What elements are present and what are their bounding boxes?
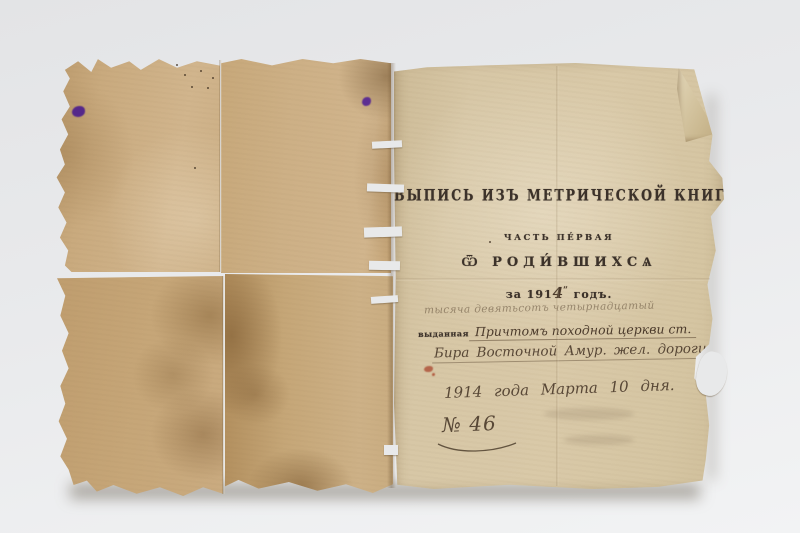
ink-speck xyxy=(212,77,214,79)
paper-grain xyxy=(225,274,393,493)
tear-slit xyxy=(367,183,404,192)
printed-year-prefix: за 191 xyxy=(506,288,553,301)
ink-speck xyxy=(200,70,202,72)
paper-grain xyxy=(57,276,223,496)
printed-part-line: ЧАСТЬ ПЕ́РВАЯ xyxy=(394,233,724,243)
tear-slit xyxy=(369,261,400,271)
fold-crease-left-bottom xyxy=(222,276,225,494)
ink-speck xyxy=(176,64,178,66)
year-line: за 1914ʺ годъ. xyxy=(394,284,724,302)
printed-section-line: Ѿ РОДИ́ВШИХСѦ xyxy=(394,254,724,270)
paper-panel-top-mid xyxy=(221,59,391,273)
ink-speck xyxy=(191,86,193,88)
tear-slit xyxy=(364,226,402,237)
paper-panel-right-page: ВЫПИСЬ ИЗЪ МЕТРИЧЕСКОЙ КНИГИ ЧАСТЬ ПЕ́РВ… xyxy=(394,63,724,489)
paper-panel-bottom-mid xyxy=(225,274,393,493)
printed-issued-label: выданная xyxy=(418,328,469,339)
fold-crease-horizontal-right xyxy=(396,278,710,281)
number-underline-flourish xyxy=(436,441,520,455)
handwritten-issued-line: Причтомъ походной церкви ст. xyxy=(469,321,697,341)
fold-crease-right-page xyxy=(556,66,559,486)
tear-slit xyxy=(384,445,398,455)
handwritten-faded-line: тысяча девятьсотъ четырнадцатый xyxy=(424,300,655,317)
ink-speck xyxy=(207,87,209,89)
ink-speck xyxy=(489,241,491,243)
fold-crease-center xyxy=(387,63,396,488)
bleed-through-smudge xyxy=(564,435,634,445)
photo-of-old-document: ВЫПИСЬ ИЗЪ МЕТРИЧЕСКОЙ КНИГИ ЧАСТЬ ПЕ́РВ… xyxy=(0,0,800,533)
paper-panel-top-left xyxy=(55,57,220,272)
handwritten-year-mark: ʺ xyxy=(563,286,569,296)
paper-panel-bottom-left xyxy=(57,276,223,496)
printed-title: ВЫПИСЬ ИЗЪ МЕТРИЧЕСКОЙ КНИГИ xyxy=(394,185,724,205)
handwritten-issued-line2: Бира Восточной Амур. жел. дороги. xyxy=(432,340,719,363)
paper-grain xyxy=(221,59,391,273)
printed-year-suffix: годъ. xyxy=(574,288,613,301)
fold-crease-left-top xyxy=(219,60,222,272)
paper-grain xyxy=(55,57,220,272)
ink-speck xyxy=(184,74,186,76)
ink-speck xyxy=(194,167,196,169)
handwritten-date-line: 1914 года Марта 10 дня. xyxy=(444,376,675,402)
handwritten-number: № 46 xyxy=(442,411,498,437)
